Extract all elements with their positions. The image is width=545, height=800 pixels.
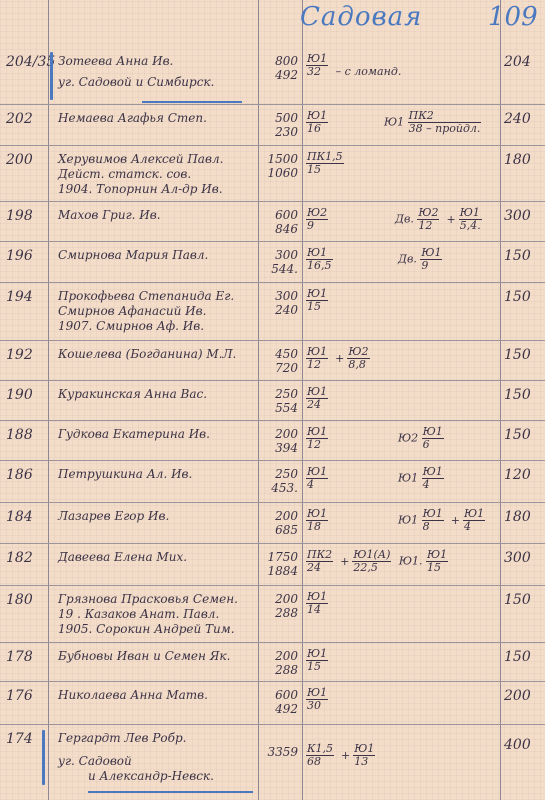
row-total: 240: [504, 111, 531, 127]
plot-size: 15: [306, 301, 328, 313]
owner-names: Кошелева (Богданина) М.Л.: [58, 347, 236, 362]
plot-size: 15: [306, 661, 328, 673]
owner-names: Николаева Анна Матв.: [58, 688, 208, 703]
plot-size: 38 – пройдл.: [408, 123, 482, 135]
row-divider: [0, 681, 545, 682]
row-total: 150: [504, 592, 531, 608]
plot-fraction: Ю130: [306, 687, 328, 712]
area-value: 230: [266, 125, 298, 139]
area-value: 288: [266, 606, 298, 620]
extra-plots: Ю1 Ю18+Ю14: [398, 508, 489, 533]
owner-name-line: Петрушкина Ал. Ив.: [58, 467, 192, 482]
area-value: 500: [266, 111, 298, 125]
ledger-row: 186Петрушкина Ал. Ив.250453.Ю14Ю1 Ю14120: [0, 463, 545, 504]
plus-sign: +: [340, 555, 349, 568]
row-divider: [0, 340, 545, 341]
extra-prefix: Дв.: [398, 253, 420, 266]
plot-fraction: Ю116: [306, 110, 328, 135]
row-total: 300: [504, 208, 531, 224]
extra-prefix: Ю1: [398, 472, 422, 485]
plot-number: 204/35: [6, 54, 55, 70]
ledger-row: 178Бубновы Иван и Семен Як.200288Ю115150: [0, 645, 545, 683]
blue-margin-mark: [50, 52, 53, 100]
plot-size: 16,5: [306, 260, 333, 272]
plot-classes: Ю115: [306, 288, 332, 313]
area-value: 720: [266, 361, 298, 375]
owner-name-line: Давеева Елена Мих.: [58, 550, 187, 565]
area-values: 300240: [266, 289, 298, 317]
ledger-row: 196Смирнова Мария Павл.300544.Ю116,5Дв. …: [0, 244, 545, 284]
owner-name-line: Лазарев Егор Ив.: [58, 509, 169, 524]
plot-size: 5,4.: [459, 220, 482, 232]
area-value: 250: [266, 387, 298, 401]
plot-number: 182: [6, 550, 33, 566]
area-value: 300: [266, 248, 298, 262]
area-value: 288: [266, 663, 298, 677]
row-divider: [0, 460, 545, 461]
plot-classes: Ю14: [306, 466, 332, 491]
owner-name-line: Смирнов Афанасий Ив.: [58, 304, 234, 319]
row-total: 180: [504, 152, 531, 168]
row-divider: [0, 585, 545, 586]
plot-number: 178: [6, 649, 33, 665]
plot-size: 13: [353, 756, 375, 768]
plot-fraction: Ю118: [306, 508, 328, 533]
row-divider: [0, 201, 545, 202]
ledger-row: 182Давеева Елена Мих.17501884ПК224+Ю1(А)…: [0, 546, 545, 587]
owner-name-line: Гергардт Лев Робр.: [58, 731, 214, 746]
owner-name-line: 19 . Казаков Анат. Павл.: [58, 607, 238, 622]
owner-names: Смирнова Мария Павл.: [58, 248, 208, 263]
owner-names: Зотеева Анна Ив.уг. Садовой и Симбирск.: [58, 54, 214, 90]
area-values: 200685: [266, 509, 298, 537]
plot-fraction: Ю115: [426, 549, 448, 574]
blue-underline: [88, 791, 253, 793]
plot-fraction: Ю14: [422, 466, 444, 491]
area-value: 240: [266, 303, 298, 317]
ledger-row: 188Гудкова Екатерина Ив.200394Ю112Ю2 Ю16…: [0, 423, 545, 462]
plot-size: 9: [306, 220, 328, 232]
plot-size: 6: [422, 439, 444, 451]
owner-names: Херувимов Алексей Павл.Дейст. статск. со…: [58, 152, 223, 197]
owner-name-line: 1907. Смирнов Аф. Ив.: [58, 319, 234, 334]
area-value: 200: [266, 649, 298, 663]
area-value: 200: [266, 427, 298, 441]
plot-size: 12: [306, 439, 328, 451]
plot-fraction: Ю212: [417, 207, 439, 232]
area-values: 500230: [266, 111, 298, 139]
plot-fraction: Ю115: [306, 648, 328, 673]
plot-fraction: Ю29: [306, 207, 328, 232]
area-value: 492: [266, 68, 298, 82]
plot-fraction: Ю124: [306, 386, 328, 411]
row-divider: [0, 420, 545, 421]
ledger-row: 198Махов Григ. Ив.600846Ю29Дв. Ю212+Ю15,…: [0, 204, 545, 243]
ledger-row: 190Куракинская Анна Вас.250554Ю124150: [0, 383, 545, 422]
plot-size: 8: [422, 521, 444, 533]
plot-fraction: Ю116,5: [306, 247, 333, 272]
plot-size: 24: [306, 562, 333, 574]
extra-prefix: Ю1: [384, 116, 408, 129]
owner-names: Бубновы Иван и Семен Як.: [58, 649, 230, 664]
plot-fraction: ПК1,515: [306, 151, 344, 176]
area-value: 450: [266, 347, 298, 361]
owner-name-line: Дейст. статск. сов.: [58, 167, 223, 182]
plot-fraction: Ю19: [420, 247, 442, 272]
extra-prefix: Ю1.: [395, 555, 426, 568]
owner-name-line: Смирнова Мария Павл.: [58, 248, 208, 263]
area-value: 846: [266, 222, 298, 236]
row-divider: [0, 543, 545, 544]
plot-classes: Ю112+Ю28,8: [306, 346, 374, 371]
plot-size: 30: [306, 700, 328, 712]
plot-number: 174: [6, 731, 33, 747]
extra-plots: Ю1 Ю14: [398, 466, 448, 491]
ledger-row: 184Лазарев Егор Ив.200685Ю118Ю1 Ю18+Ю141…: [0, 505, 545, 545]
plot-classes: Ю116,5: [306, 247, 337, 272]
plot-number: 186: [6, 467, 33, 483]
row-total: 120: [504, 467, 531, 483]
plot-size: 16: [306, 123, 328, 135]
area-value: 600: [266, 688, 298, 702]
area-values: 300544.: [266, 248, 298, 276]
blue-underline: [142, 101, 242, 103]
row-divider: [0, 724, 545, 725]
row-divider: [0, 642, 545, 643]
plot-size: 15: [306, 164, 344, 176]
ledger-row: 204/35Зотеева Анна Ив.уг. Садовой и Симб…: [0, 50, 545, 106]
plot-classes: Ю29: [306, 207, 332, 232]
owner-names: Гергардт Лев Робр.уг. Садовойи Александр…: [58, 731, 214, 784]
plot-size: 4: [422, 479, 444, 491]
row-divider: [0, 380, 545, 381]
row-total: 200: [504, 688, 531, 704]
area-value: 1750: [266, 550, 298, 564]
plot-fraction: ПК224: [306, 549, 333, 574]
row-total: 150: [504, 387, 531, 403]
owner-name-line: уг. Садовой и Симбирск.: [58, 75, 214, 90]
plot-size: 9: [420, 260, 442, 272]
page-number: 109: [488, 2, 538, 32]
plot-size: 24: [306, 399, 328, 411]
owner-names: Куракинская Анна Вас.: [58, 387, 207, 402]
row-total: 400: [504, 737, 531, 753]
area-values: 200394: [266, 427, 298, 455]
ledger-row: 176Николаева Анна Матв.600492Ю130200: [0, 684, 545, 726]
row-total: 150: [504, 427, 531, 443]
plot-fraction: Ю14: [463, 508, 485, 533]
extra-prefix: Ю2: [398, 432, 422, 445]
extra-prefix: Дв.: [395, 213, 417, 226]
area-values: 15001060: [266, 152, 298, 180]
area-values: 200288: [266, 649, 298, 677]
plot-number: 196: [6, 248, 33, 264]
plot-fraction: Ю112: [306, 346, 328, 371]
plot-size: 4: [463, 521, 485, 533]
row-divider: [0, 104, 545, 105]
plot-size: 18: [306, 521, 328, 533]
plot-fraction: Ю16: [422, 426, 444, 451]
area-value: 544.: [266, 262, 298, 276]
area-value: 200: [266, 509, 298, 523]
plot-fraction: Ю18: [422, 508, 444, 533]
area-value: 200: [266, 592, 298, 606]
street-name: Садовая: [300, 2, 422, 32]
plot-size: 8,8: [347, 359, 369, 371]
plot-classes: Ю115: [306, 648, 332, 673]
extra-plots: Ю2 Ю16: [398, 426, 448, 451]
plot-fraction: Ю115: [306, 288, 328, 313]
plot-classes: Ю130: [306, 687, 332, 712]
owner-name-line: Куракинская Анна Вас.: [58, 387, 207, 402]
ledger-row: 174Гергардт Лев Робр.уг. Садовойи Алекса…: [0, 727, 545, 800]
row-divider: [0, 241, 545, 242]
plot-fraction: Ю132: [306, 53, 328, 78]
area-value: 300: [266, 289, 298, 303]
row-divider: [0, 145, 545, 146]
area-values: 250554: [266, 387, 298, 415]
owner-names: Грязнова Прасковья Семен.19 . Казаков Ан…: [58, 592, 238, 637]
extra-prefix: Ю1: [398, 514, 422, 527]
owner-name-line: Кошелева (Богданина) М.Л.: [58, 347, 236, 362]
area-value: 453.: [266, 481, 298, 495]
plot-fraction: Ю112: [306, 426, 328, 451]
area-value: 1884: [266, 564, 298, 578]
area-value: 800: [266, 54, 298, 68]
plot-classes: Ю116: [306, 110, 332, 135]
plot-classes: Ю114: [306, 591, 332, 616]
blue-margin-mark: [42, 730, 45, 785]
plot-size: 22,5: [352, 562, 391, 574]
plot-fraction: Ю114: [306, 591, 328, 616]
area-value: 600: [266, 208, 298, 222]
owner-names: Прокофьева Степанида Ег.Смирнов Афанасий…: [58, 289, 234, 334]
area-values: 3359: [266, 745, 298, 759]
ledger-row: 200Херувимов Алексей Павл.Дейст. статск.…: [0, 148, 545, 203]
owner-name-line: 1904. Топорнин Ал-др Ив.: [58, 182, 223, 197]
plot-size: 14: [306, 604, 328, 616]
plot-size: 12: [417, 220, 439, 232]
extra-plots: Ю1 ПК238 – пройдл.: [384, 110, 485, 135]
plus-sign: +: [335, 352, 344, 365]
owner-name-line: Херувимов Алексей Павл.: [58, 152, 223, 167]
ledger-row: 202Немаева Агафья Степ.500230Ю116Ю1 ПК23…: [0, 107, 545, 147]
row-divider: [0, 502, 545, 503]
owner-names: Давеева Елена Мих.: [58, 550, 187, 565]
area-values: 450720: [266, 347, 298, 375]
extra-plots: Дв. Ю19: [398, 247, 446, 272]
plot-classes: ПК224+Ю1(А)22,5 Ю1. Ю115: [306, 549, 452, 574]
extra-plots: Дв. Ю212+Ю15,4.: [395, 207, 486, 232]
owner-names: Махов Григ. Ив.: [58, 208, 161, 223]
plot-number: 198: [6, 208, 33, 224]
plot-fraction: Ю1(А)22,5: [352, 549, 391, 574]
row-divider: [0, 282, 545, 283]
plot-size: 12: [306, 359, 328, 371]
plot-size: 32: [306, 66, 328, 78]
plot-fraction: Ю15,4.: [459, 207, 482, 232]
plot-fraction: ПК238 – пройдл.: [408, 110, 482, 135]
area-value: 3359: [266, 745, 298, 759]
row-total: 150: [504, 649, 531, 665]
plot-fraction: Ю14: [306, 466, 328, 491]
owner-name-line: уг. Садовой: [58, 754, 214, 769]
row-total: 300: [504, 550, 531, 566]
owner-name-line: Грязнова Прасковья Семен.: [58, 592, 238, 607]
plot-classes: ПК1,515: [306, 151, 348, 176]
plot-number: 194: [6, 289, 33, 305]
row-total: 150: [504, 248, 531, 264]
owner-names: Петрушкина Ал. Ив.: [58, 467, 192, 482]
plot-classes: Ю124: [306, 386, 332, 411]
plot-number: 176: [6, 688, 33, 704]
area-value: 394: [266, 441, 298, 455]
owner-name-line: Гудкова Екатерина Ив.: [58, 427, 210, 442]
owner-names: Гудкова Екатерина Ив.: [58, 427, 210, 442]
row-total: 204: [504, 54, 531, 70]
plot-note: – с ломанд.: [332, 65, 401, 78]
plot-number: 202: [6, 111, 33, 127]
plot-number: 184: [6, 509, 33, 525]
owner-names: Немаева Агафья Степ.: [58, 111, 207, 126]
plot-classes: К1,568+Ю113: [306, 743, 379, 768]
plot-number: 200: [6, 152, 33, 168]
plot-fraction: Ю28,8: [347, 346, 369, 371]
plot-classes: Ю112: [306, 426, 332, 451]
plot-number: 192: [6, 347, 33, 363]
area-value: 250: [266, 467, 298, 481]
plot-size: 15: [426, 562, 448, 574]
owner-names: Лазарев Егор Ив.: [58, 509, 169, 524]
plot-number: 188: [6, 427, 33, 443]
owner-name-line: Махов Григ. Ив.: [58, 208, 161, 223]
owner-name-line: Прокофьева Степанида Ег.: [58, 289, 234, 304]
area-values: 600492: [266, 688, 298, 716]
plot-fraction: К1,568: [306, 743, 334, 768]
area-values: 800492: [266, 54, 298, 82]
owner-name-line: и Александр-Невск.: [88, 769, 214, 784]
plot-size: 68: [306, 756, 334, 768]
owner-name-line: Немаева Агафья Степ.: [58, 111, 207, 126]
area-values: 600846: [266, 208, 298, 236]
area-value: 1500: [266, 152, 298, 166]
plus-sign: +: [446, 213, 455, 226]
owner-name-line: Зотеева Анна Ив.: [58, 54, 214, 69]
area-value: 554: [266, 401, 298, 415]
plot-classes: Ю132 – с ломанд.: [306, 53, 401, 78]
area-values: 17501884: [266, 550, 298, 578]
row-total: 150: [504, 289, 531, 305]
plot-size: 4: [306, 479, 328, 491]
area-value: 492: [266, 702, 298, 716]
area-values: 200288: [266, 592, 298, 620]
ledger-row: 194Прокофьева Степанида Ег.Смирнов Афана…: [0, 285, 545, 342]
plus-sign: +: [451, 514, 460, 527]
owner-name-line: 1905. Сорокин Андрей Тим.: [58, 622, 238, 637]
plot-fraction: Ю113: [353, 743, 375, 768]
owner-name-line: Бубновы Иван и Семен Як.: [58, 649, 230, 664]
area-value: 685: [266, 523, 298, 537]
row-total: 180: [504, 509, 531, 525]
ledger-row: 180Грязнова Прасковья Семен.19 . Казаков…: [0, 588, 545, 644]
plot-number: 190: [6, 387, 33, 403]
area-values: 250453.: [266, 467, 298, 495]
row-total: 150: [504, 347, 531, 363]
plot-number: 180: [6, 592, 33, 608]
plot-classes: Ю118: [306, 508, 332, 533]
area-value: 1060: [266, 166, 298, 180]
ledger-row: 192Кошелева (Богданина) М.Л.450720Ю112+Ю…: [0, 343, 545, 382]
plus-sign: +: [341, 749, 350, 762]
owner-name-line: Николаева Анна Матв.: [58, 688, 208, 703]
